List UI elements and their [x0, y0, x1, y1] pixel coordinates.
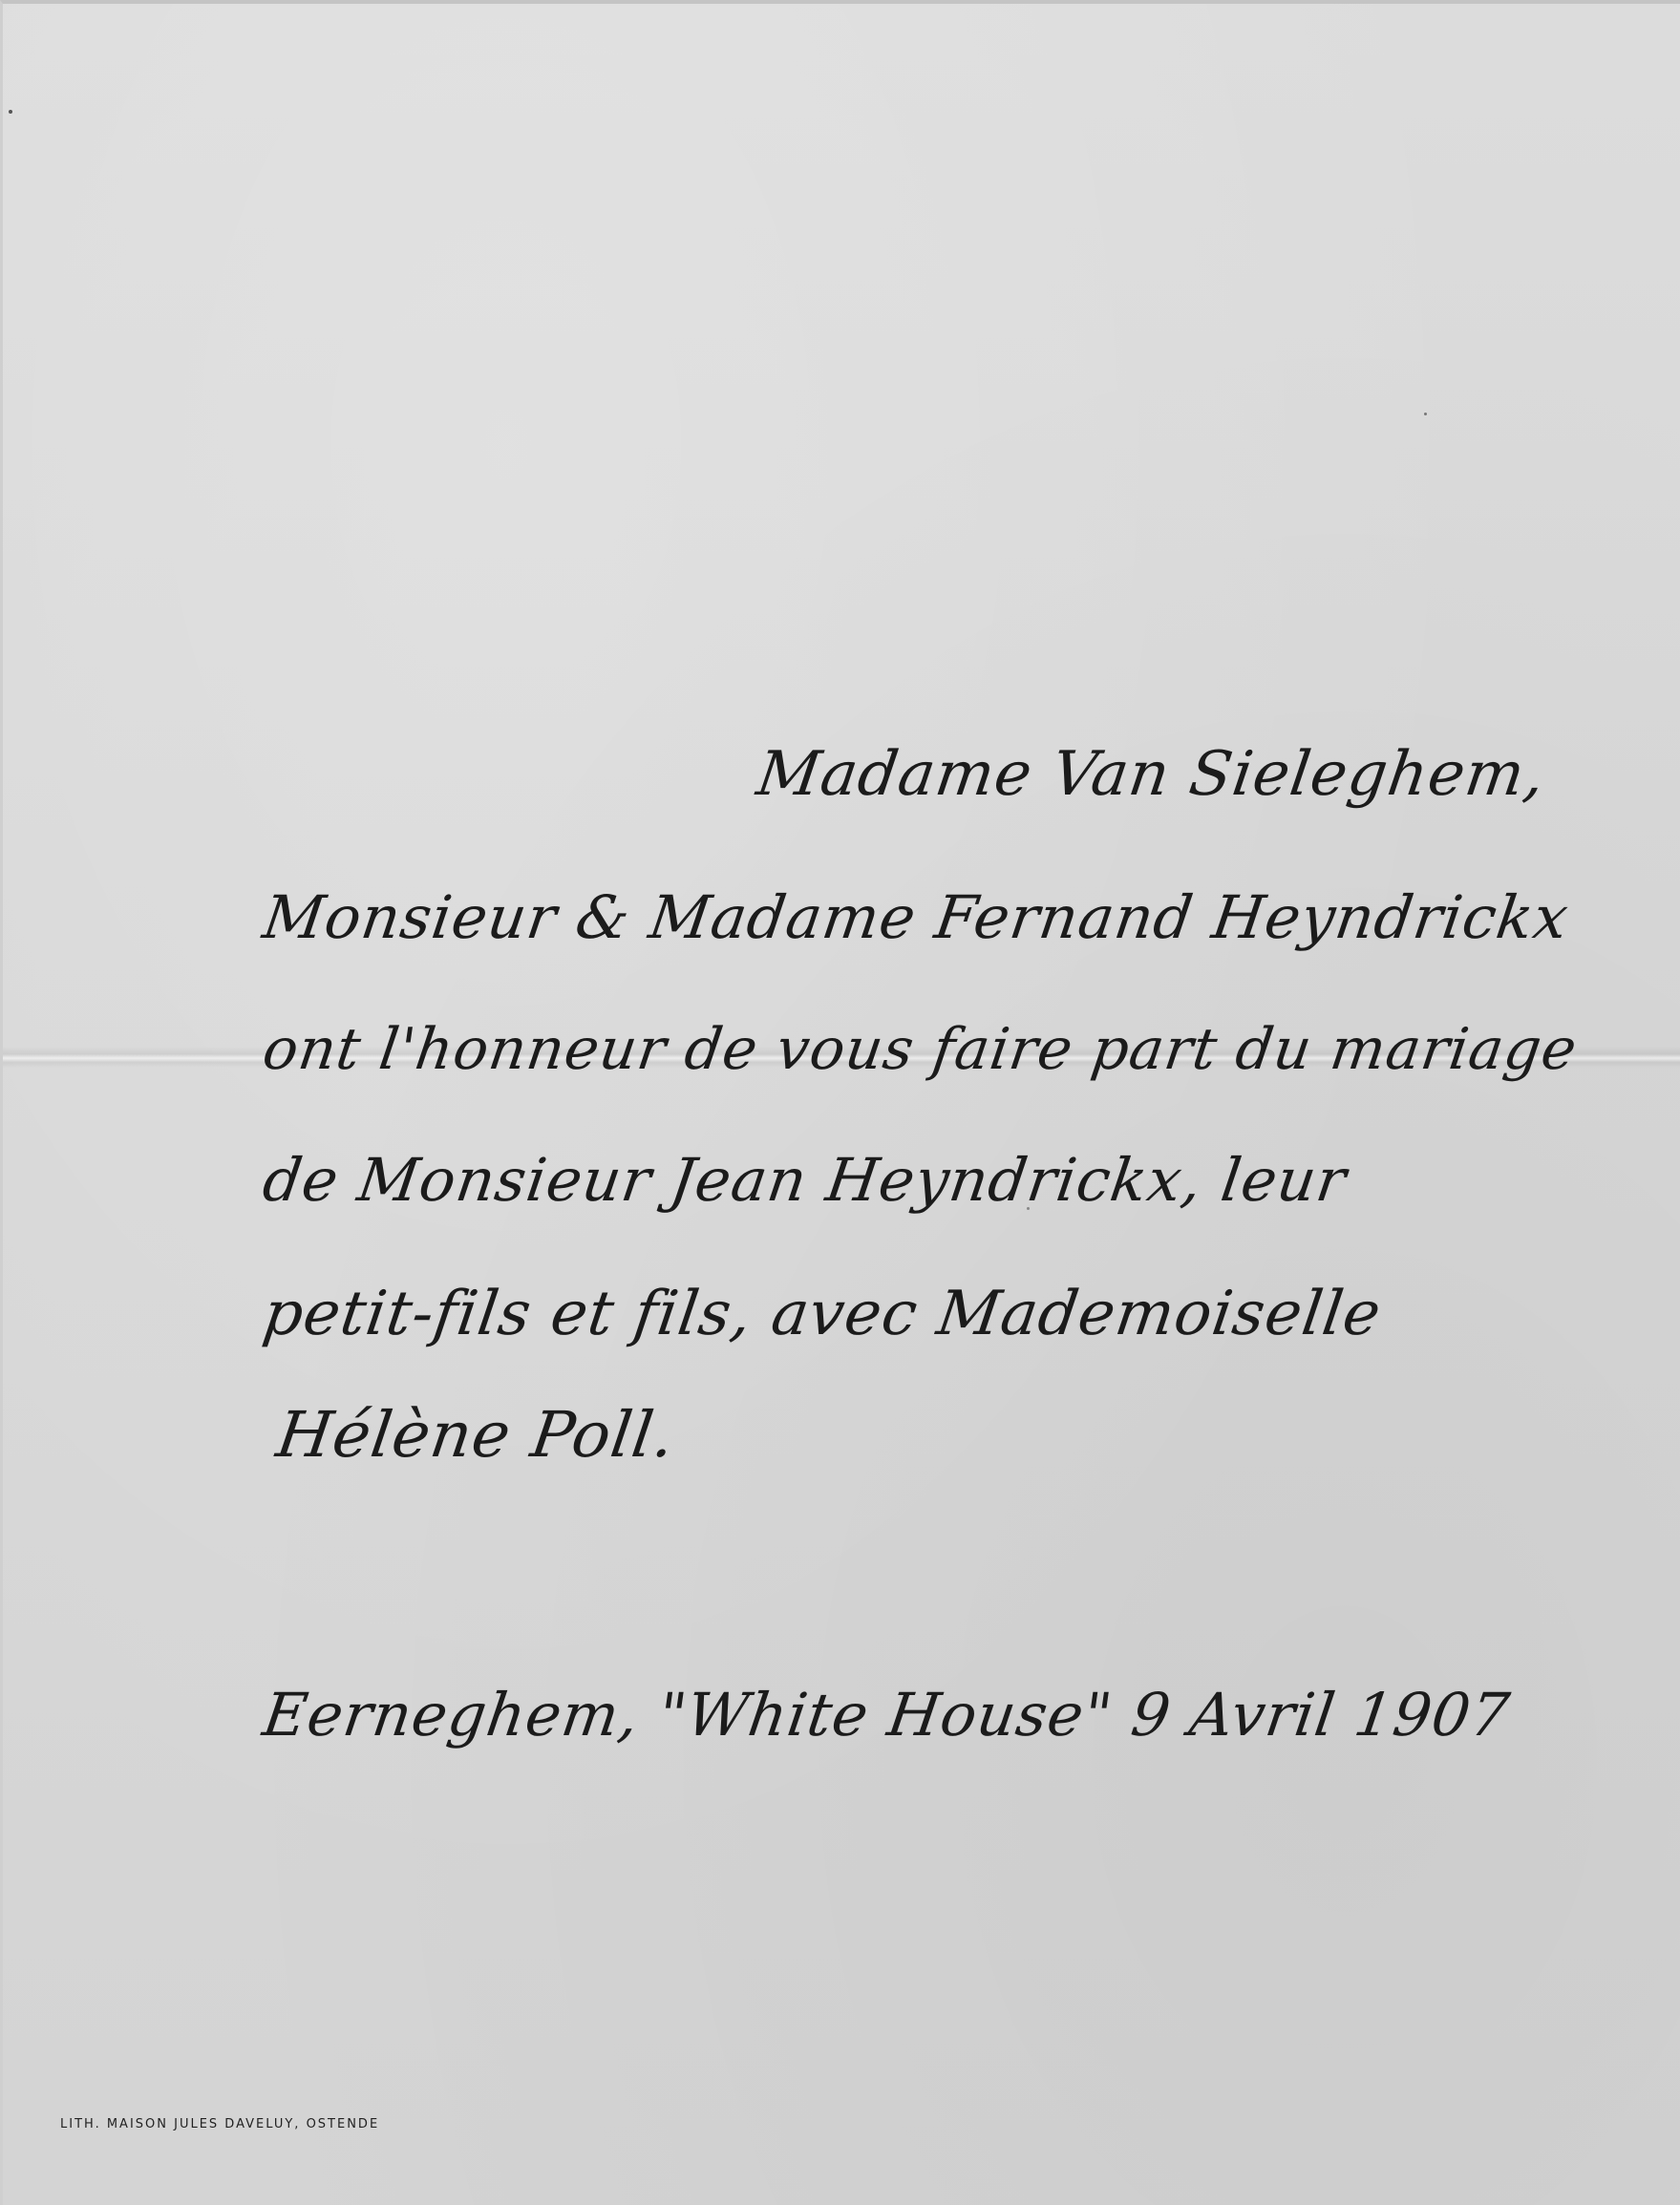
invitation-line-hosts-2: Monsieur & Madame Fernand Heyndrickx	[259, 882, 1573, 952]
ink-speck	[9, 110, 12, 114]
printer-imprint: LITH. MAISON JULES DAVELUY, OSTENDE	[60, 2117, 379, 2131]
invitation-line-bride: Hélène Poll.	[272, 1398, 680, 1472]
invitation-line-relation: petit-fils et fils, avec Mademoiselle	[259, 1279, 1386, 1349]
invitation-line-hosts-1: Madame Van Sieleghem,	[753, 739, 1550, 810]
invitation-line-announcement: ont l'honneur de vous faire part du mari…	[259, 1016, 1582, 1083]
invitation-line-groom: de Monsieur Jean Heyndrickx, leur	[259, 1145, 1350, 1215]
place-and-date: Eerneghem, "White House" 9 Avril 1907	[259, 1680, 1515, 1749]
ink-speck	[1424, 413, 1427, 415]
invitation-card: Madame Van Sieleghem, Monsieur & Madame …	[0, 0, 1680, 2205]
